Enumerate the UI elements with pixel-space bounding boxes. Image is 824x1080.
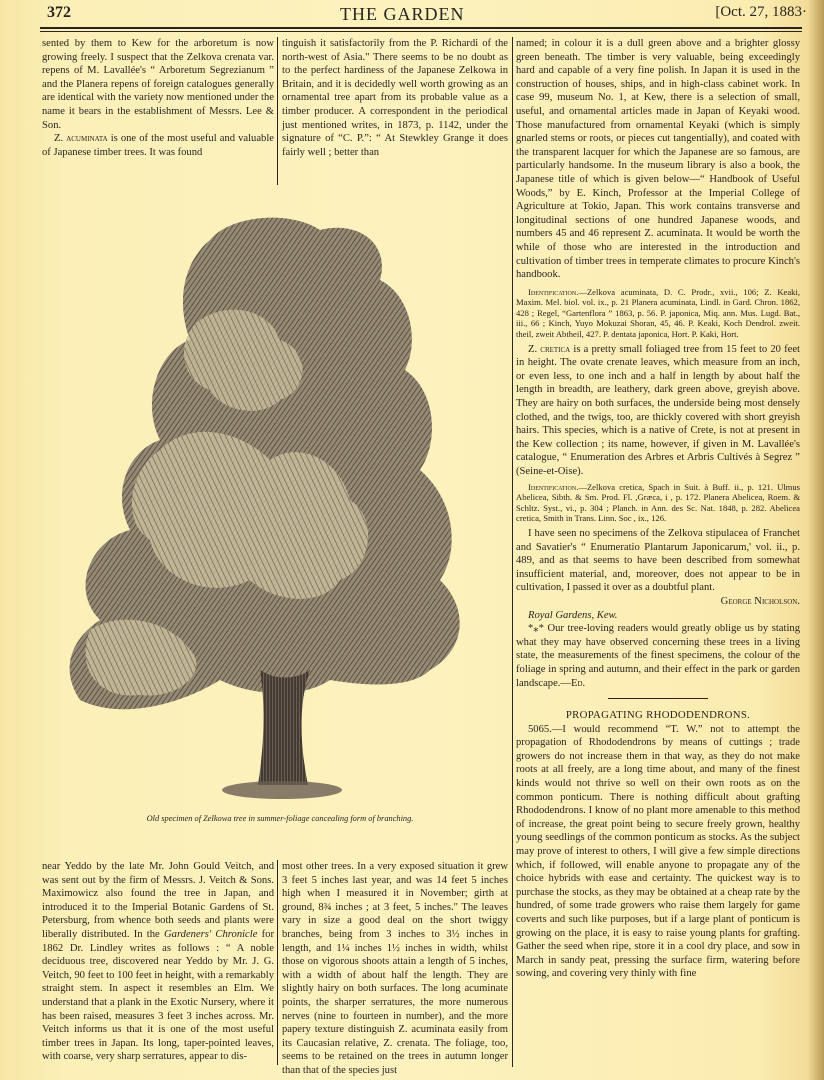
paragraph: Z. cretica is a pretty small foliaged tr…	[516, 343, 800, 479]
header-rule-thin	[40, 31, 802, 32]
zelkova-tree-engraving	[60, 200, 500, 805]
page-number: 372	[47, 4, 71, 22]
header-rule	[40, 27, 802, 29]
editor-note: *⁎* Our tree-loving readers would greatl…	[516, 622, 800, 690]
newspaper-page: 372 THE GARDEN [Oct. 27, 1883· sented by…	[0, 0, 824, 1080]
paragraph: sented by them to Kew for the arboretum …	[42, 37, 274, 132]
author-signature: George Nicholson.	[516, 595, 800, 609]
column-1-bottom: near Yeddo by the late Mr. John Gould Ve…	[42, 860, 274, 1064]
paragraph: 5065.—I would recommend “T. W.” not to a…	[516, 723, 800, 981]
paragraph: I have seen no specimens of the Zelkova …	[516, 527, 800, 595]
paragraph: near Yeddo by the late Mr. John Gould Ve…	[42, 860, 274, 1064]
column-divider	[512, 37, 513, 1067]
page-header: 372 THE GARDEN [Oct. 27, 1883·	[47, 4, 807, 28]
species-heading: Z. cretica	[528, 344, 570, 355]
identification-note: Identification.—Zelkova cretica, Spach i…	[516, 482, 800, 524]
section-title: PROPAGATING RHODODENDRONS.	[516, 709, 800, 723]
paragraph: Z. acuminata is one of the most useful a…	[42, 132, 274, 159]
column-divider	[277, 860, 278, 1065]
column-divider	[277, 37, 278, 185]
publication-reference: Gardeners' Chronicle	[164, 929, 257, 940]
paragraph: most other trees. In a very exposed situ…	[282, 860, 508, 1078]
section-divider	[608, 698, 708, 699]
paragraph: tinguish it satisfactorily from the P. R…	[282, 37, 508, 159]
column-2-bottom: most other trees. In a very exposed situ…	[282, 860, 508, 1078]
identification-note: Identification.—Zelkova acuminata, D. C.…	[516, 287, 800, 340]
column-3: named; in colour it is a dull green abov…	[516, 37, 800, 981]
author-location: Royal Gardens, Kew.	[516, 609, 800, 623]
publication-title: THE GARDEN	[340, 4, 465, 25]
species-heading: Z. acuminata	[54, 133, 108, 144]
column-2-top: tinguish it satisfactorily from the P. R…	[282, 37, 508, 159]
column-1-top: sented by them to Kew for the arboretum …	[42, 37, 274, 159]
issue-date: [Oct. 27, 1883·	[715, 4, 807, 21]
figure-caption: Old specimen of Zelkowa tree in summer-f…	[60, 814, 500, 823]
tree-illustration-icon	[60, 200, 500, 805]
paragraph: named; in colour it is a dull green abov…	[516, 37, 800, 282]
